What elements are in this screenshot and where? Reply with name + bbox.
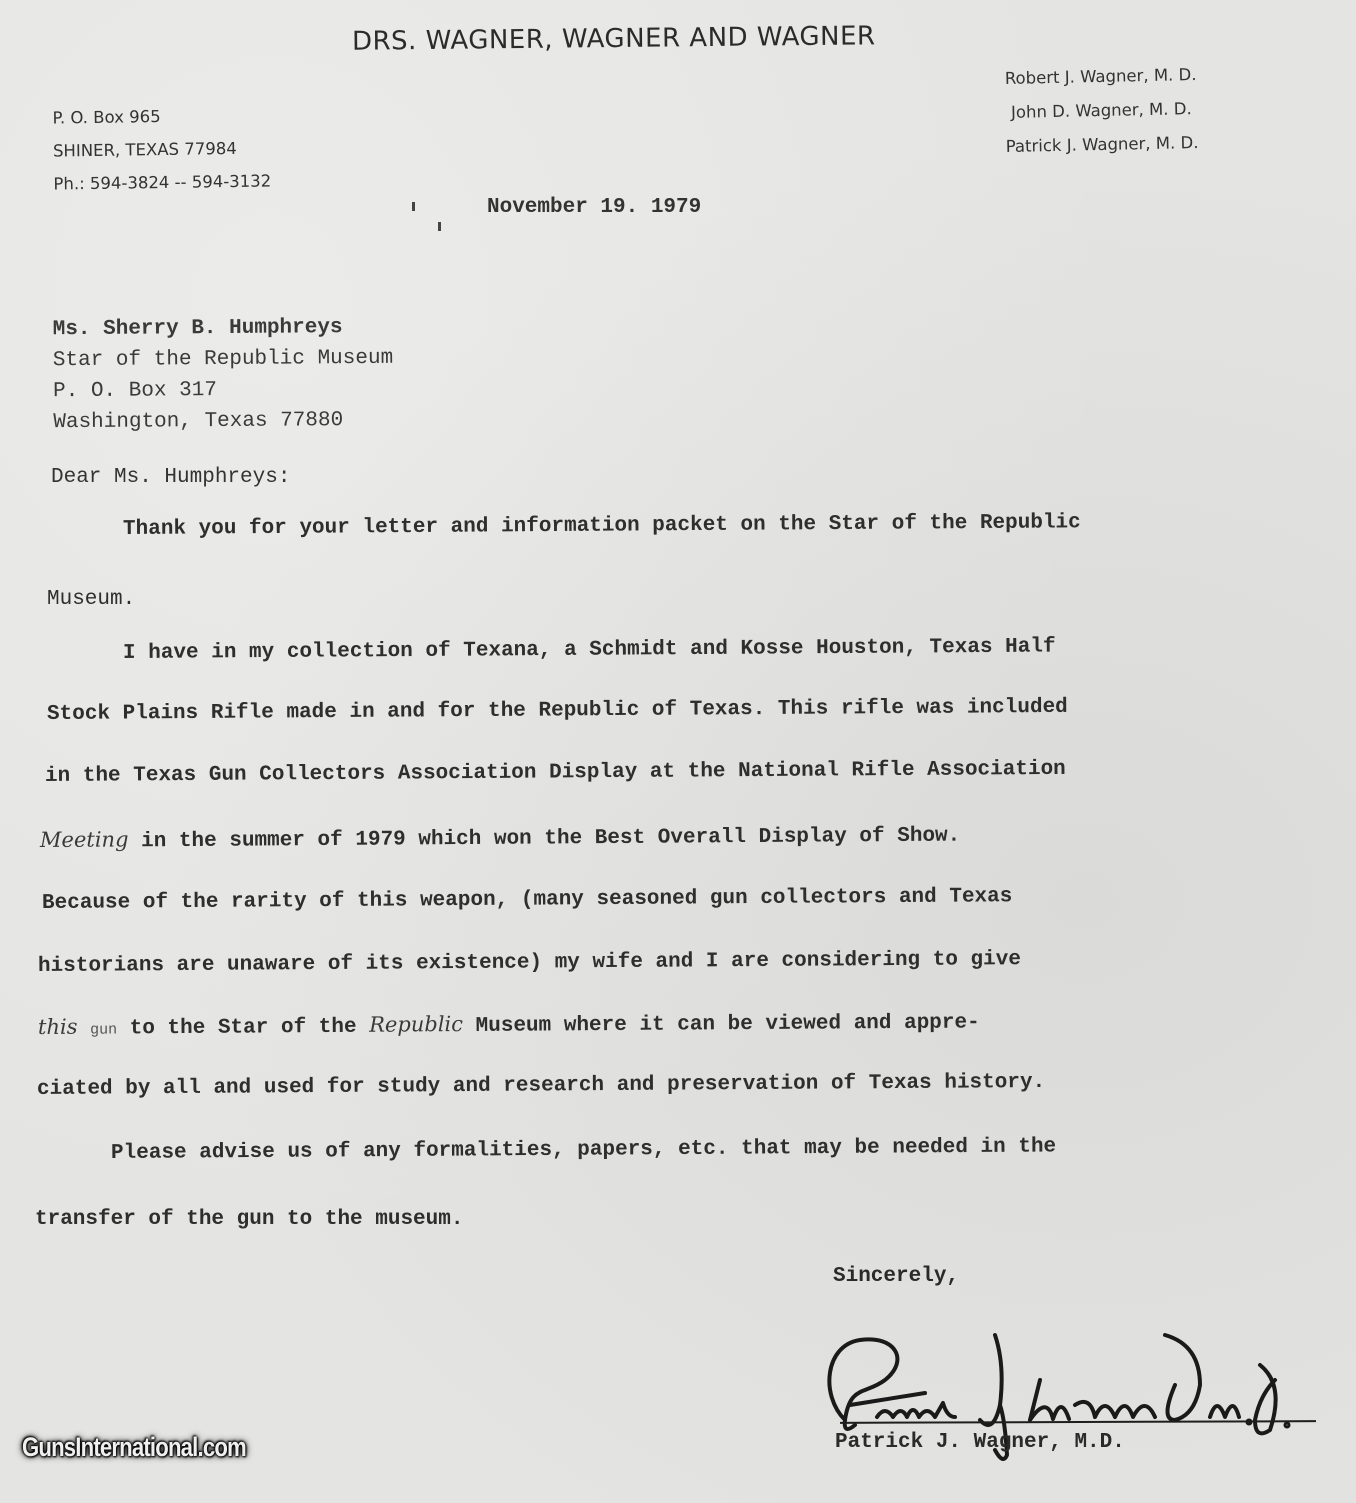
doctor-name: Robert J. Wagner, M. D. xyxy=(1004,58,1197,96)
line-text: in the summer of 1979 which won the Best… xyxy=(141,825,960,854)
handwritten-correction: Republic xyxy=(369,1012,463,1037)
address-line-phone: Ph.: 594-3824 -- 594-3132 xyxy=(53,164,271,200)
stray-mark xyxy=(438,222,441,231)
paragraph-2-line-2: Stock Plains Rifle made in and for the R… xyxy=(47,696,1068,726)
closing: Sincerely, xyxy=(833,1265,959,1288)
paragraph-2-line-4: Meeting in the summer of 1979 which won … xyxy=(40,822,960,854)
recipient-address: Ms. Sherry B. Humphreys Star of the Repu… xyxy=(53,312,394,438)
letterhead-doctors: Robert J. Wagner, M. D. John D. Wagner, … xyxy=(1004,58,1199,164)
paragraph-2-line-5: Because of the rarity of this weapon, (m… xyxy=(42,885,1012,915)
letter-date: November 19. 1979 xyxy=(487,196,701,219)
recipient-pobox: P. O. Box 317 xyxy=(53,374,393,407)
paragraph-3-line-2: transfer of the gun to the museum. xyxy=(35,1208,463,1231)
paragraph-2-line-7: this gun to the Star of the Republic Mus… xyxy=(38,1008,980,1041)
paragraph-1-line-2: Museum. xyxy=(47,588,135,611)
paragraph-2-line-8: ciated by all and used for study and res… xyxy=(37,1071,1045,1101)
recipient-name: Ms. Sherry B. Humphreys xyxy=(53,312,393,345)
paragraph-1-line-1: Thank you for your letter and informatio… xyxy=(123,511,1081,541)
line-text: to the Star of the xyxy=(130,1016,357,1041)
signer-name: Patrick J. Wagner, M.D. xyxy=(835,1431,1125,1454)
recipient-org: Star of the Republic Museum xyxy=(53,343,393,376)
address-line-city: SHINER, TEXAS 77984 xyxy=(53,131,271,167)
letterhead-address: P. O. Box 965 SHINER, TEXAS 77984 Ph.: 5… xyxy=(52,98,271,200)
handwritten-correction: this xyxy=(38,1015,78,1039)
paragraph-2-line-6: historians are unaware of its existence)… xyxy=(38,948,1021,978)
paragraph-2-line-3: in the Texas Gun Collectors Association … xyxy=(45,758,1066,788)
doctor-name: Patrick J. Wagner, M. D. xyxy=(1005,126,1198,164)
address-line-pobox: P. O. Box 965 xyxy=(52,98,270,134)
faint-text: gun xyxy=(90,1021,117,1038)
line-text: Museum where it can be viewed and appre- xyxy=(476,1011,980,1038)
letterhead-title: DRS. WAGNER, WAGNER AND WAGNER xyxy=(352,21,876,56)
salutation: Dear Ms. Humphreys: xyxy=(51,466,290,489)
recipient-city: Washington, Texas 77880 xyxy=(53,405,393,438)
letter-page: DRS. WAGNER, WAGNER AND WAGNER P. O. Box… xyxy=(0,0,1356,1503)
paragraph-3-line-1: Please advise us of any formalities, pap… xyxy=(111,1135,1056,1165)
doctor-name: John D. Wagner, M. D. xyxy=(1005,92,1198,130)
watermark-logo: GunsInternational.com xyxy=(22,1432,246,1463)
handwritten-correction: Meeting xyxy=(40,827,129,852)
stray-mark xyxy=(412,202,415,211)
paragraph-2-line-1: I have in my collection of Texana, a Sch… xyxy=(123,635,1056,665)
